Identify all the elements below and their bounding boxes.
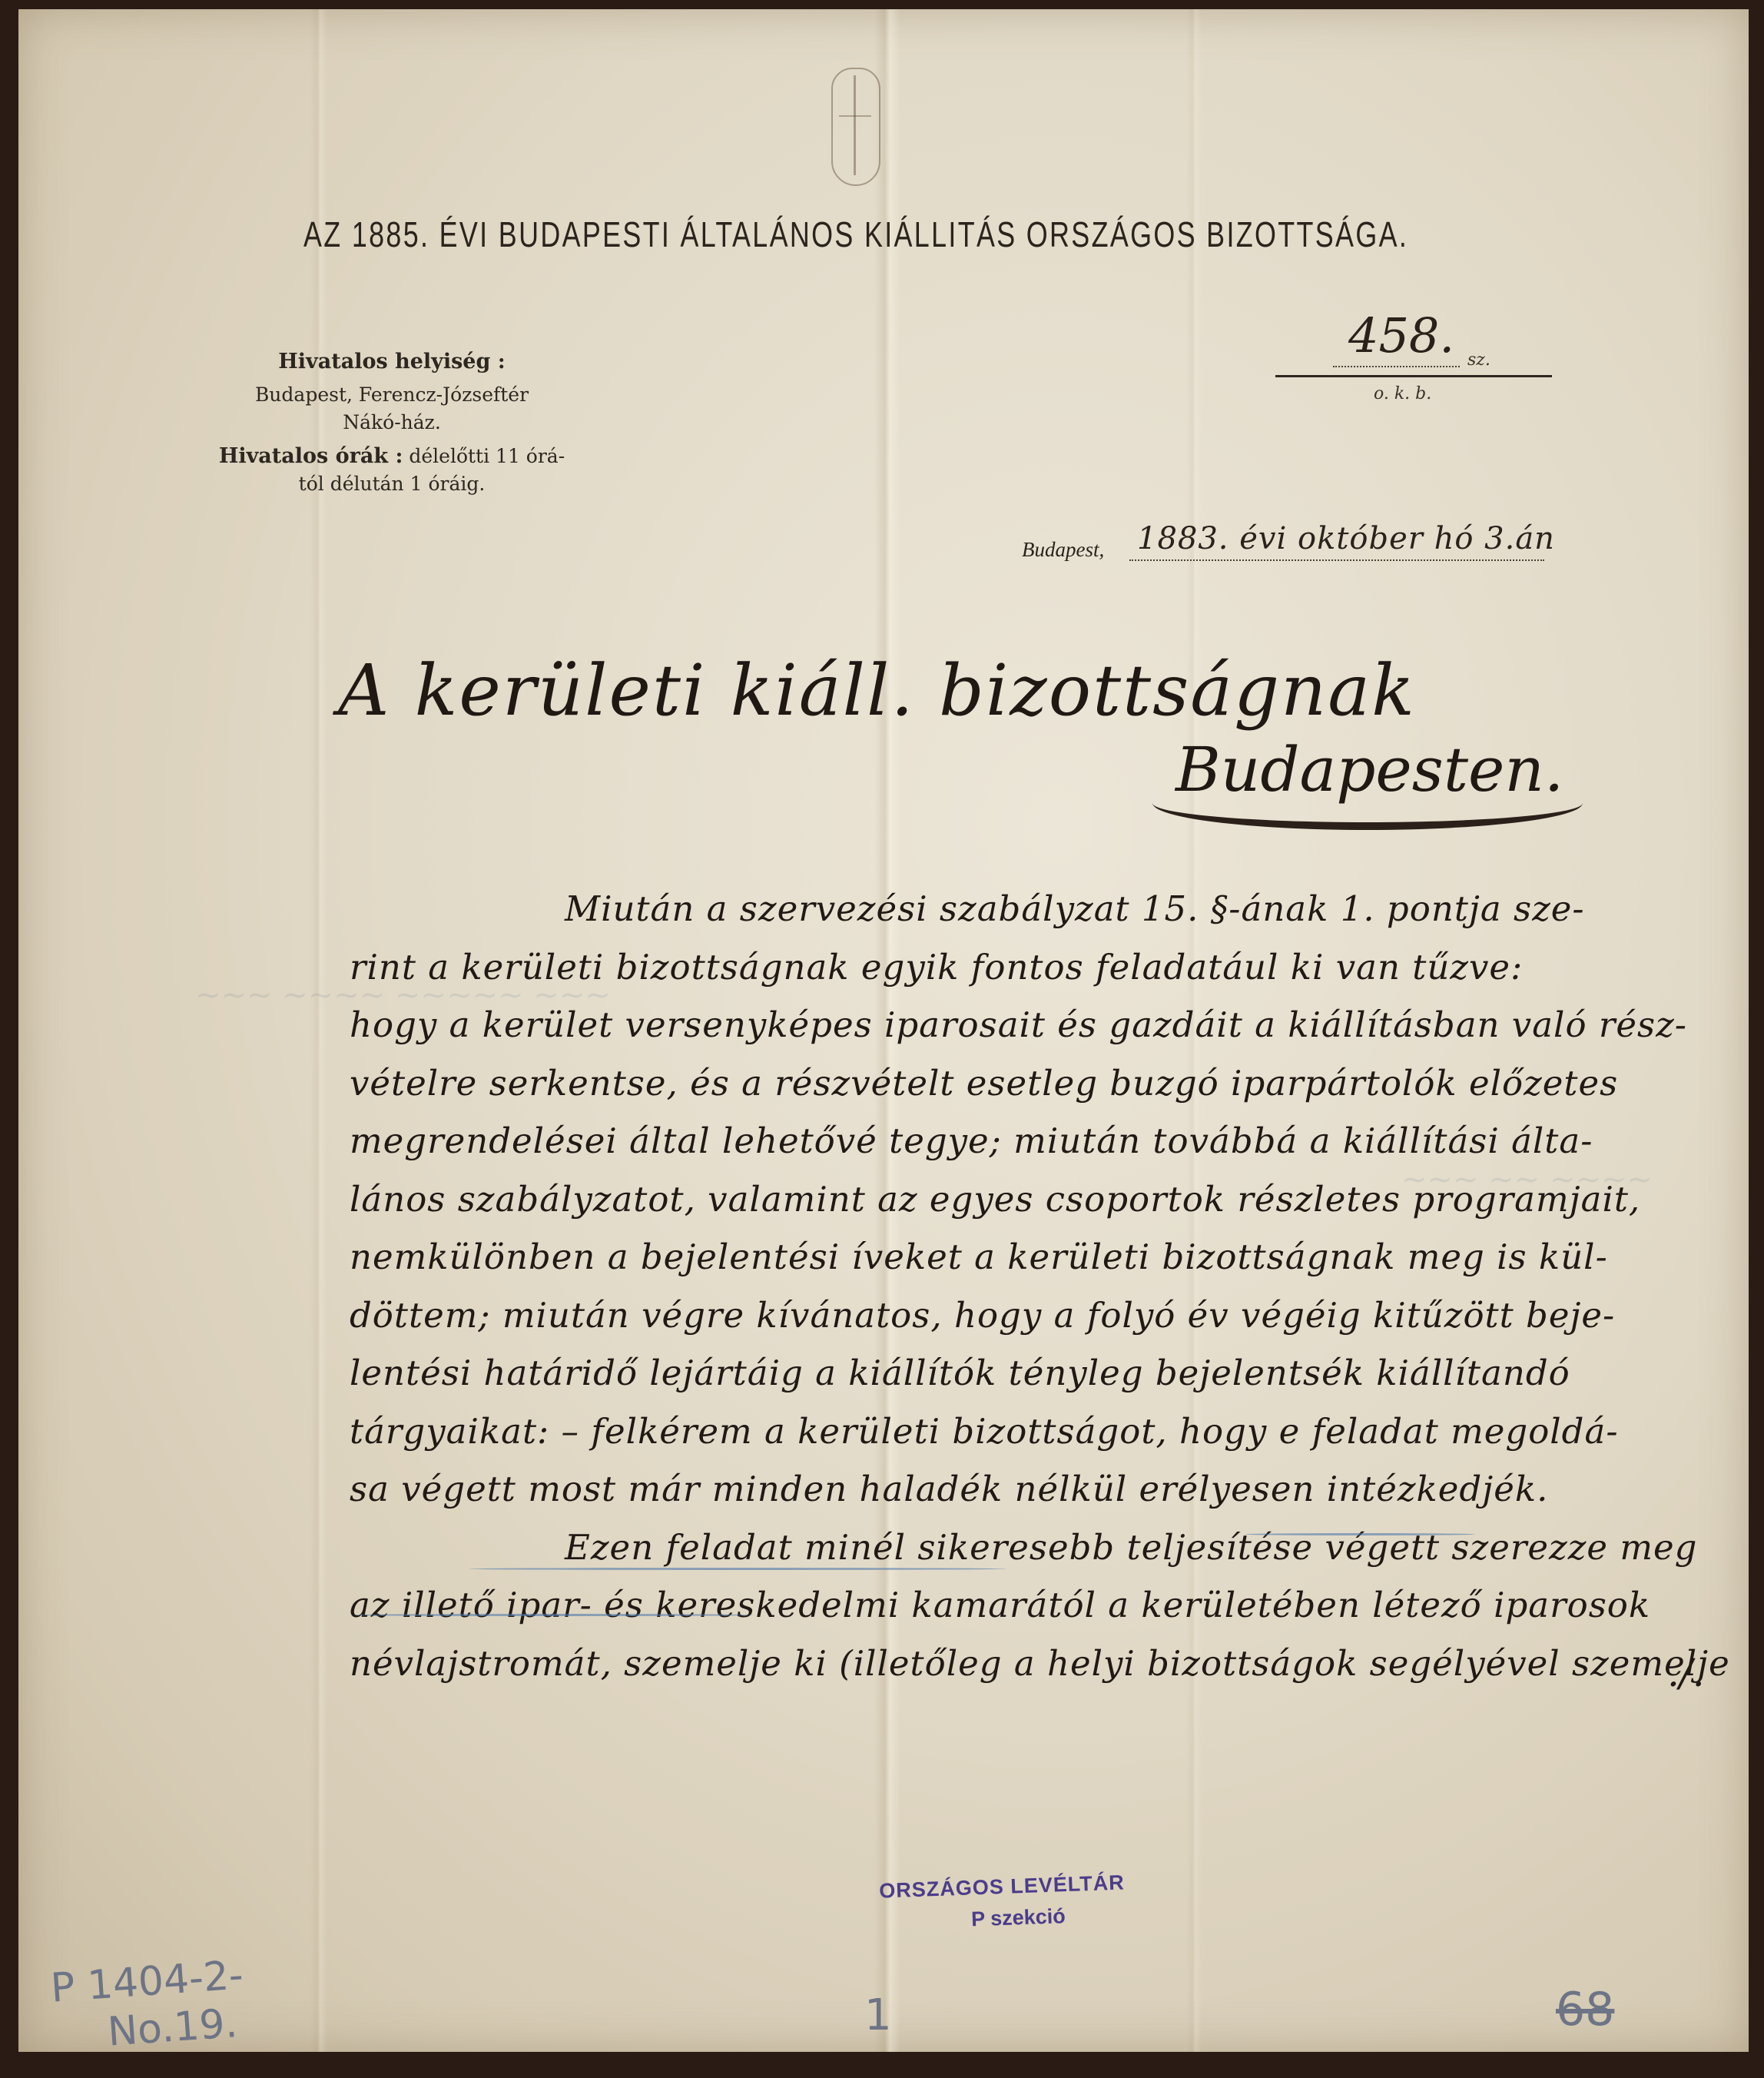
letterhead-title: AZ 1885. ÉVI BUDAPESTI ÁLTALÁNOS KIÁLLIT…	[303, 214, 1442, 255]
continuation-mark: ./.	[1667, 1651, 1705, 1695]
dotted-line	[1129, 559, 1544, 561]
office-hours-label: Hivatalos órák :	[219, 444, 403, 468]
page-number: 1	[864, 1990, 892, 2040]
flourish-underline	[1152, 776, 1583, 830]
body-line: nemkülönben a bejelentési íveket a kerül…	[350, 1228, 1732, 1286]
blue-pencil-underline	[1245, 1533, 1475, 1535]
coat-of-arms-icon	[831, 68, 880, 186]
body-line: az illető ipar- és kereskedelmi kamarátó…	[350, 1576, 1732, 1635]
office-location-line1: Budapest, Ferencz-Józseftér	[177, 381, 607, 409]
struck-page-number: 68	[1556, 1983, 1614, 2037]
body-line: névlajstromát, szemelje ki (illetőleg a …	[350, 1635, 1732, 1693]
dateline-date: 1883. évi október hó 3.án	[1137, 521, 1555, 556]
registration-number: 458.	[1348, 307, 1454, 363]
body-line: tárgyaikat: – felkérem a kerületi bizott…	[350, 1402, 1732, 1461]
body-line: döttem; miután végre kívánatos, hogy a f…	[350, 1286, 1732, 1345]
office-location-label: Hivatalos helyiség :	[177, 350, 607, 373]
dateline: Budapest, 1883. évi október hó 3.án	[1022, 523, 1560, 569]
body-line: lentési határidő lejártáig a kiállítók t…	[350, 1344, 1732, 1402]
body-line: rint a kerületi bizottságnak egyik fonto…	[350, 938, 1732, 997]
letter-body: Miután a szervezési szabályzat 15. §-ána…	[350, 880, 1732, 1692]
body-line: sa végett most már minden haladék nélkül…	[350, 1460, 1732, 1519]
office-hours-line1: délelőtti 11 órá-	[403, 445, 565, 467]
archive-stamp: ORSZÁGOS LEVÉLTÁR P szekció	[879, 1871, 1126, 1934]
registration-number-block: 458. sz. o. k. b.	[1275, 307, 1552, 400]
office-hours-line2: tól délután 1 óráig.	[299, 473, 486, 495]
body-line: vételre serkentse, és a részvételt esetl…	[350, 1054, 1732, 1113]
dateline-place: Budapest,	[1022, 538, 1104, 562]
dotted-line	[1333, 366, 1460, 367]
divider	[1275, 375, 1552, 377]
office-location-line2: Nákó-ház.	[177, 409, 607, 437]
body-line: megrendelései által lehetővé tegye; miut…	[350, 1112, 1732, 1170]
body-line: Miután a szervezési szabályzat 15. §-ána…	[350, 880, 1732, 938]
paper-fold	[310, 9, 327, 2052]
registration-code: o. k. b.	[1374, 384, 1431, 403]
registration-suffix: sz.	[1467, 350, 1490, 370]
blue-pencil-underline	[353, 1614, 753, 1616]
body-line: lános szabályzatot, valamint az egyes cs…	[350, 1170, 1732, 1229]
office-hours: Hivatalos órák : délelőtti 11 órá- tól d…	[177, 443, 607, 498]
body-line: hogy a kerület versenyképes iparosait és…	[350, 996, 1732, 1054]
addressee-line1: A kerületi kiáll. bizottságnak	[338, 649, 1416, 732]
pencil-reference-note: P 1404-2- No.19.	[49, 1951, 248, 2060]
blue-pencil-underline	[469, 1568, 1006, 1570]
office-info: Hivatalos helyiség : Budapest, Ferencz-J…	[177, 350, 607, 498]
